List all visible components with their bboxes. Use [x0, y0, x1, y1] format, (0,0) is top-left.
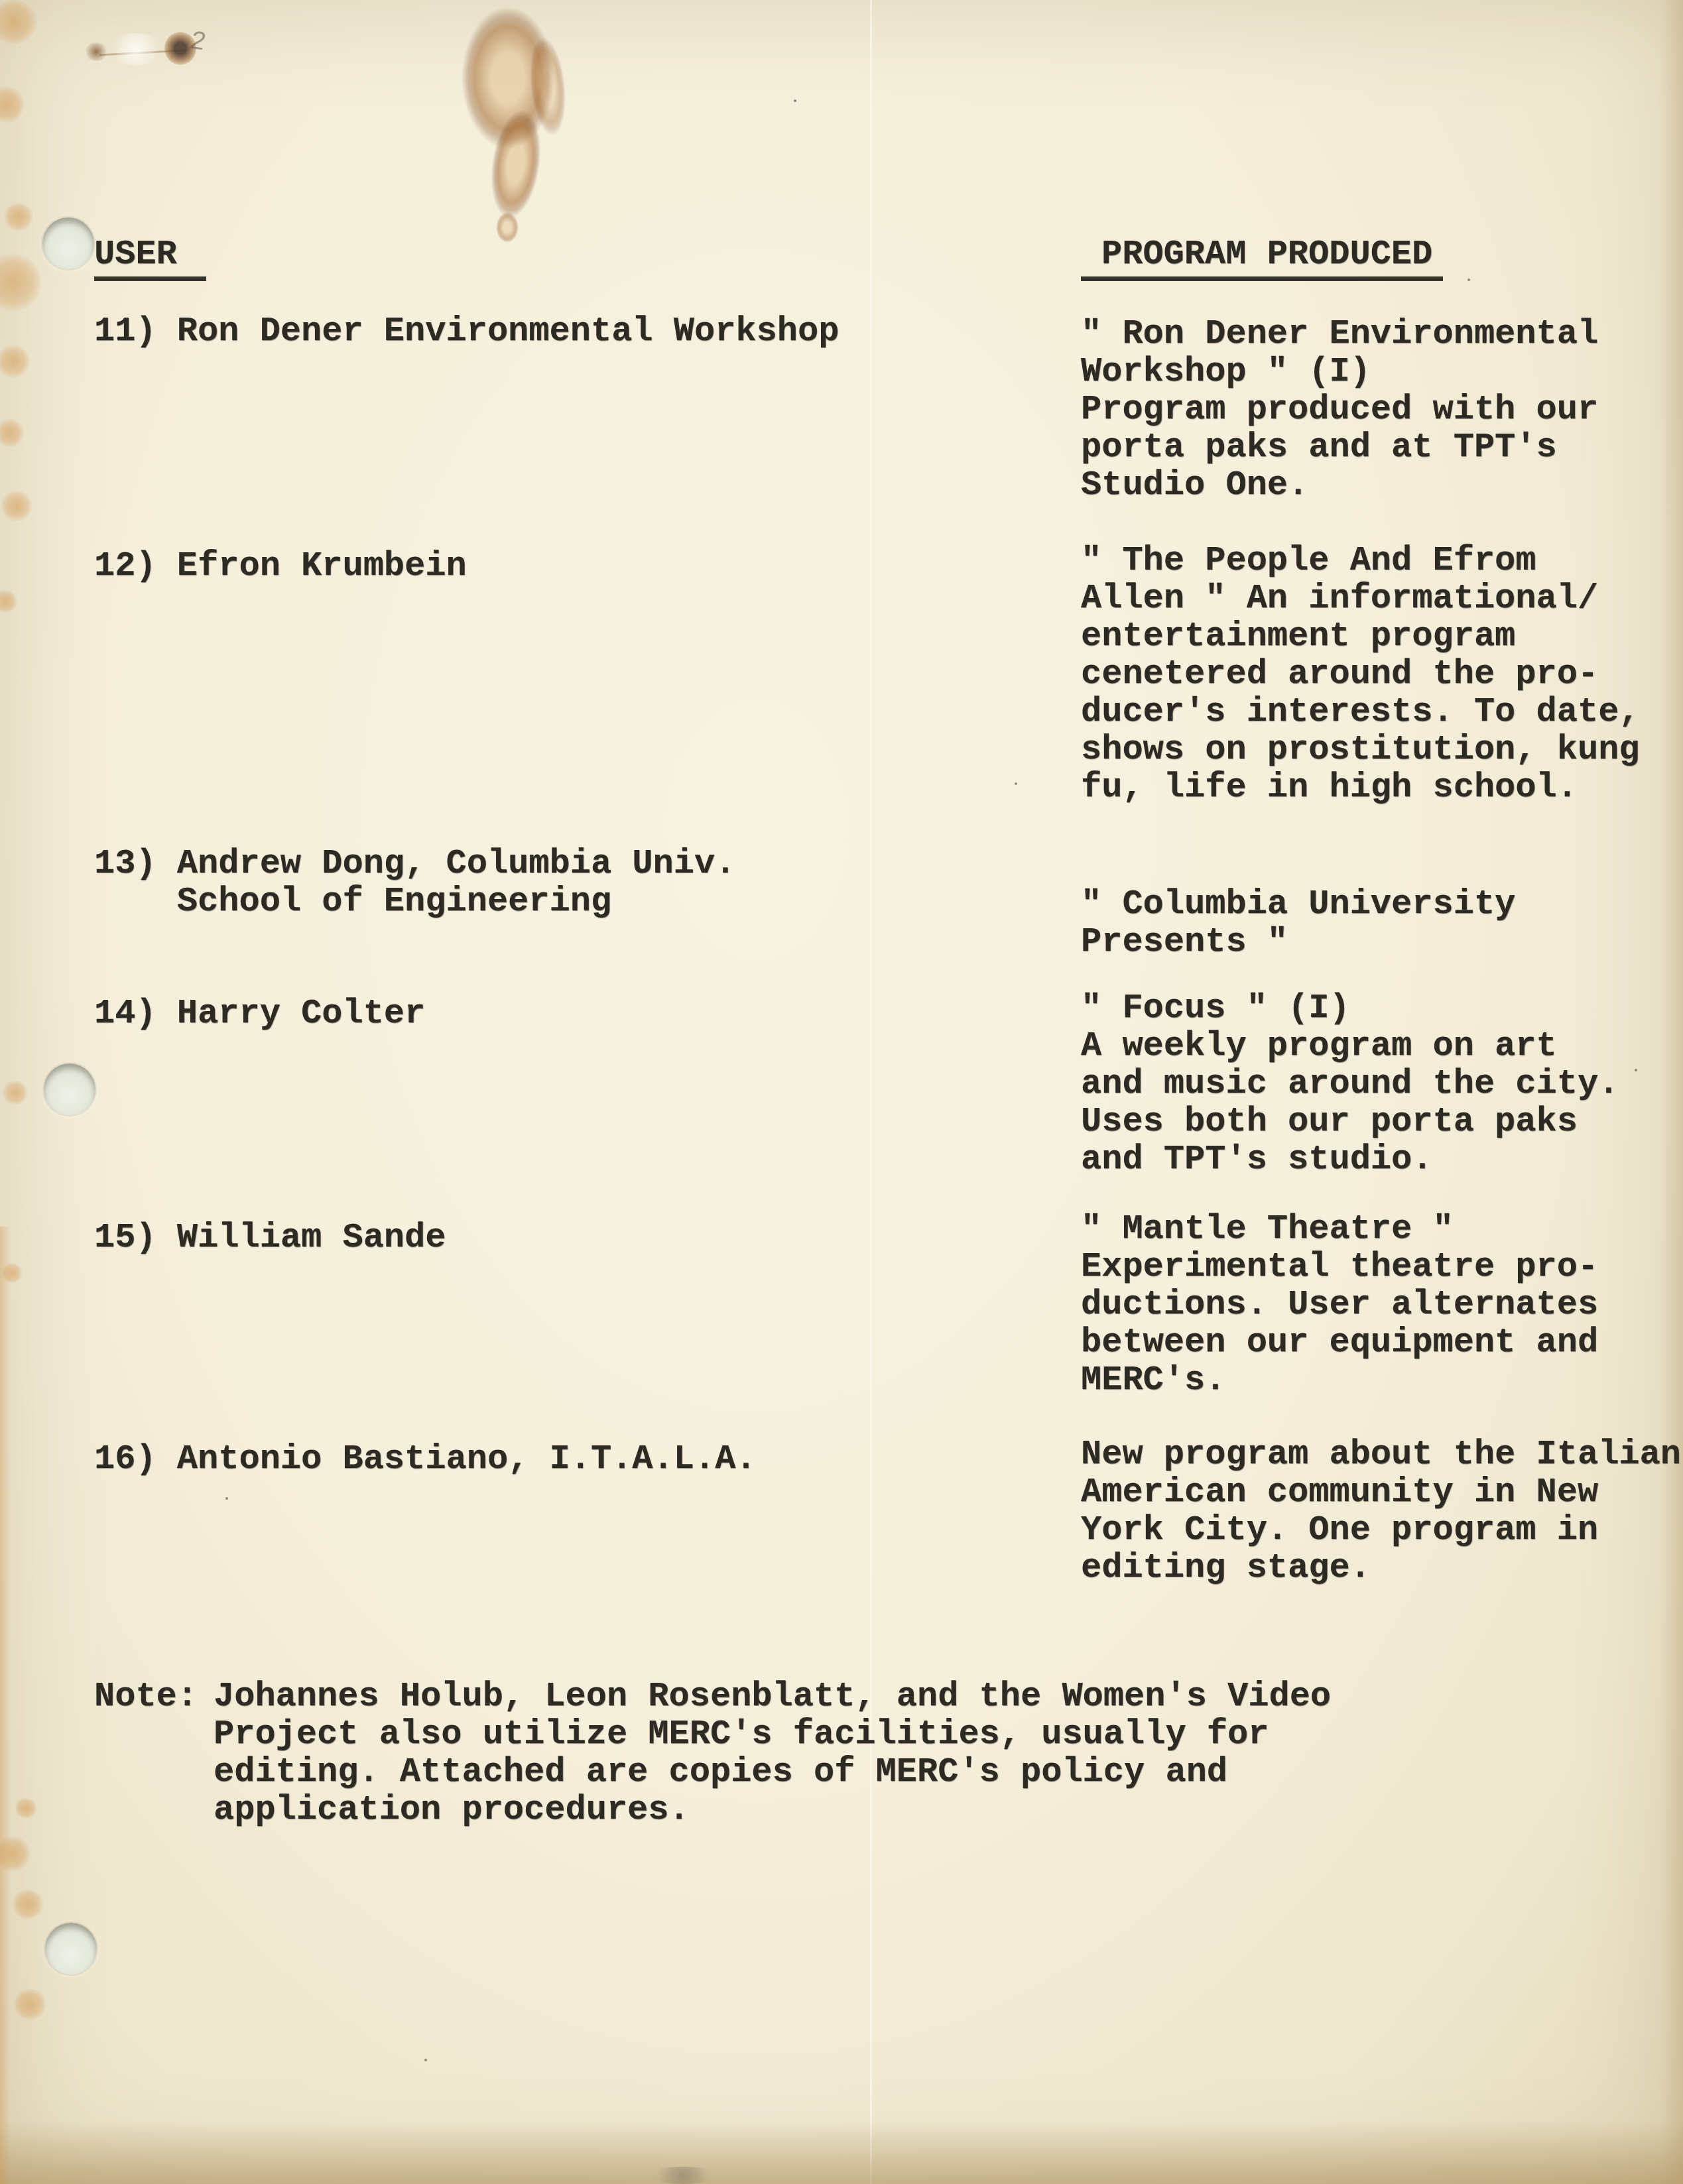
- paper-speck: [794, 99, 796, 102]
- user-entry-15: 15) William Sande: [94, 1219, 446, 1256]
- paper-speck: [424, 2059, 427, 2061]
- user-entry-16: 16) Antonio Bastiano, I.T.A.L.A.: [94, 1440, 757, 1478]
- foxing-spot: [12, 1890, 44, 1919]
- note-text: Johannes Holub, Leon Rosenblatt, and the…: [214, 1677, 1331, 1829]
- paper-crease: [870, 0, 872, 2184]
- staple-glare: [106, 33, 166, 65]
- user-entry-14: 14) Harry Colter: [94, 995, 425, 1032]
- paper-speck: [1467, 278, 1470, 281]
- program-entry-14: " Focus " (I) A weekly program on art an…: [1081, 989, 1619, 1178]
- paper-speck: [225, 1497, 228, 1500]
- foxing-spot: [0, 345, 29, 378]
- bottom-smudge: [647, 2167, 719, 2184]
- user-entry-13: 13) Andrew Dong, Columbia Univ. School o…: [94, 845, 735, 920]
- program-entry-16: New program about the Italian American c…: [1081, 1435, 1681, 1587]
- program-entry-15: " Mantle Theatre " Experimental theatre …: [1081, 1210, 1598, 1399]
- foxing-spot: [3, 1081, 28, 1105]
- user-entry-11: 11) Ron Dener Environmental Workshop: [94, 312, 839, 350]
- left-edge-shading: [0, 1227, 11, 2184]
- foxing-spot: [0, 253, 41, 312]
- foxing-spot: [13, 1989, 46, 2020]
- punch-hole-top: [42, 217, 94, 269]
- staple-rust-left: [85, 42, 107, 61]
- foxing-spot: [0, 86, 24, 123]
- foxing-spot: [15, 1798, 37, 1818]
- program-column-header: PROGRAM PRODUCED: [1081, 235, 1443, 281]
- pencil-mark: 2: [185, 23, 210, 62]
- program-entry-11: " Ron Dener Environmental Workshop " (I)…: [1081, 315, 1598, 504]
- paper-speck: [1635, 1069, 1637, 1071]
- foxing-spot: [0, 419, 24, 447]
- program-entry-12: " The People And Efrom Allen " An inform…: [1081, 542, 1640, 806]
- user-entry-12: 12) Efron Krumbein: [94, 547, 467, 585]
- foxing-spot: [1, 491, 32, 521]
- program-entry-13: " Columbia University Presents ": [1081, 885, 1515, 961]
- note-label: Note:: [94, 1677, 198, 1715]
- foxing-spot: [0, 0, 37, 44]
- bottom-edge-shading: [0, 2121, 1683, 2184]
- user-column-header: USER: [94, 235, 206, 281]
- paper-speck: [1015, 782, 1017, 785]
- punch-hole-middle: [44, 1063, 95, 1115]
- foxing-spot: [0, 590, 17, 613]
- foxing-spot: [4, 203, 33, 231]
- right-edge-shading: [1660, 0, 1683, 2184]
- punch-hole-bottom: [45, 1923, 97, 1974]
- scanned-document-page: 2 USER PROGRAM PRODUCED 11) Ron Dener En…: [0, 0, 1683, 2184]
- coffee-stain-dot: [496, 212, 519, 243]
